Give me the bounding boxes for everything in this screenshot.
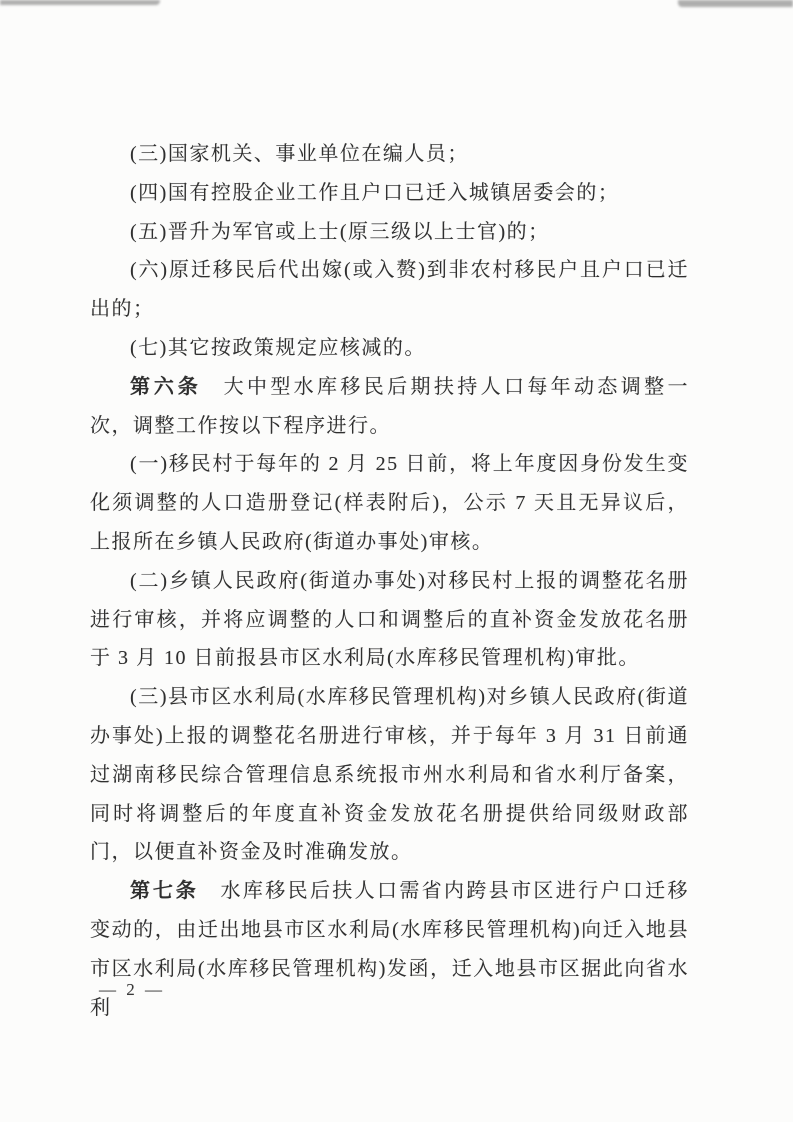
paragraph-article-6: 第六条大中型水库移民后期扶持人口每年动态调整一次，调整工作按以下程序进行。	[90, 368, 689, 446]
paragraph-procedure-2: (二)乡镇人民政府(街道办事处)对移民村上报的调整花名册进行审核，并将应调整的人…	[90, 562, 689, 678]
paragraph-clause-3: (三)国家机关、事业单位在编人员；	[90, 135, 689, 174]
clause-text: (五)晋升为军官或上士(原三级以上士官)的；	[130, 221, 550, 243]
paragraph-clause-4: (四)国有控股企业工作且户口已迁入城镇居委会的；	[90, 174, 689, 213]
page-number: — 2 —	[99, 980, 165, 1000]
clause-text: (三)县市区水利局(水库移民管理机构)对乡镇人民政府(街道办事处)上报的调整花名…	[90, 686, 689, 863]
paragraph-clause-6: (六)原迁移民后代出嫁(或入赘)到非农村移民户且户口已迁出的；	[90, 251, 689, 329]
scanned-document-page: (三)国家机关、事业单位在编人员； (四)国有控股企业工作且户口已迁入城镇居委会…	[0, 0, 793, 1122]
article-7-number: 第七条	[130, 880, 199, 902]
paragraph-procedure-1: (一)移民村于每年的 2 月 25 日前，将上年度因身份发生变化须调整的人口造册…	[90, 445, 689, 561]
clause-text: (六)原迁移民后代出嫁(或入赘)到非农村移民户且户口已迁出的；	[90, 259, 689, 320]
clause-text: (三)国家机关、事业单位在编人员；	[130, 143, 469, 165]
clause-text: (一)移民村于每年的 2 月 25 日前，将上年度因身份发生变化须调整的人口造册…	[90, 453, 689, 553]
paragraph-clause-7: (七)其它按政策规定应核减的。	[90, 329, 689, 368]
clause-text: (四)国有控股企业工作且户口已迁入城镇居委会的；	[130, 182, 619, 204]
clause-text: (七)其它按政策规定应核减的。	[130, 337, 426, 359]
paragraph-procedure-3: (三)县市区水利局(水库移民管理机构)对乡镇人民政府(街道办事处)上报的调整花名…	[90, 678, 689, 872]
paragraph-clause-5: (五)晋升为军官或上士(原三级以上士官)的；	[90, 213, 689, 252]
clause-text: (二)乡镇人民政府(街道办事处)对移民村上报的调整花名册进行审核，并将应调整的人…	[90, 570, 689, 670]
scan-edge-artifact-top-left	[0, 0, 160, 5]
paragraph-article-7: 第七条水库移民后扶人口需省内跨县市区进行户口迁移变动的，由迁出地县市区水利局(水…	[90, 872, 689, 1027]
article-6-number: 第六条	[130, 376, 202, 398]
scan-edge-artifact-top-right	[678, 0, 793, 7]
document-body: (三)国家机关、事业单位在编人员； (四)国有控股企业工作且户口已迁入城镇居委会…	[90, 135, 689, 1027]
